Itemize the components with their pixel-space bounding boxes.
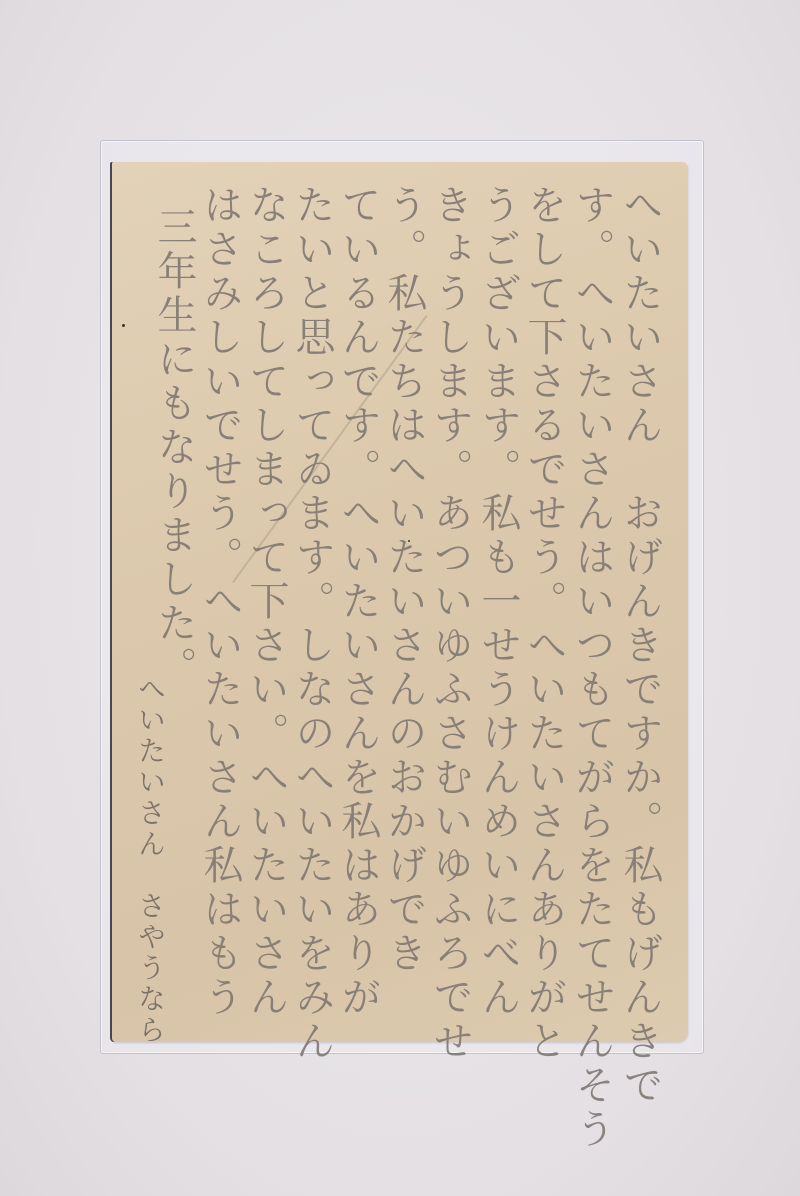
- letter-column-3: をして下さるでせう。へいたいさんありがと: [524, 184, 564, 1064]
- letter-column-10: はさみしいでせう。へいたいさん私はもう: [200, 184, 240, 1020]
- letter-column-11: 三年生にもなりました。: [154, 206, 194, 690]
- letter-column-8: たいと思ってゐます。しなのへいたいをみん: [292, 184, 332, 1064]
- letter-column-2: す。へいたいさんはいつもてがらをたてせんそう: [572, 184, 612, 1152]
- letter-column-7: ているんです。へいたいさんを私はありが: [338, 184, 378, 1020]
- letter-body: へいたいさん おげんきですか。私もげんきで す。へいたいさんはいつもてがらをたて…: [112, 162, 688, 1042]
- letter-column-6: う。私たちはへいたいさんのおかげでき: [384, 184, 424, 976]
- letter-column-4: うございます。私も一せうけんめいにべん: [478, 184, 518, 1020]
- signature: へいたいさん さやうなら: [136, 674, 164, 1046]
- letter-column-9: なころしてしまって下さい。へいたいさん: [246, 184, 286, 1020]
- postcard: へいたいさん おげんきですか。私もげんきで す。へいたいさんはいつもてがらをたて…: [112, 162, 688, 1042]
- letter-column-1: へいたいさん おげんきですか。私もげんきで: [620, 184, 660, 1108]
- letter-column-5: きょうします。あついゆふさむいゆふろでせ: [430, 184, 470, 1064]
